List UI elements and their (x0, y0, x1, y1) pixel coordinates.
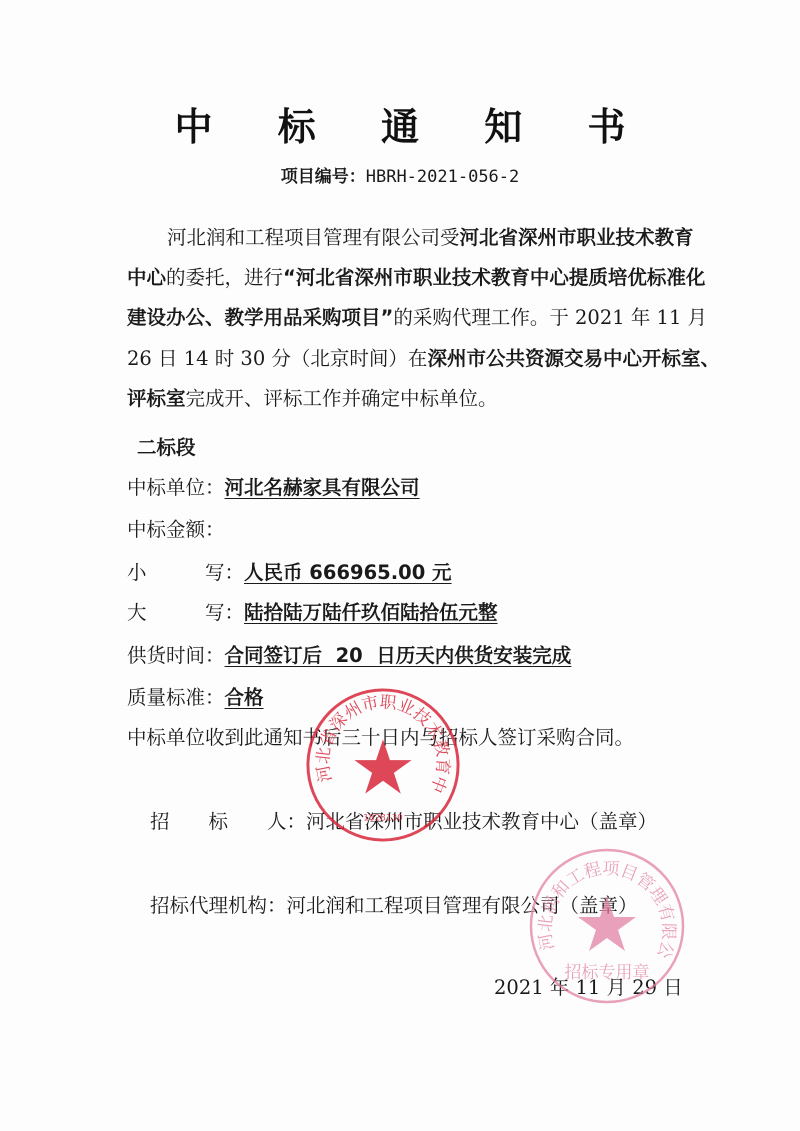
intro-end-text: 完成开、评标工作并确定中标单位。 (186, 387, 498, 410)
amount-small-row: 小写：人民币 666965.00 元 (127, 557, 452, 585)
tenderer-label: 招 标 人： (150, 810, 306, 833)
delivery-value: 合同签订后 20 日历天内供货安装完成 (225, 644, 572, 667)
small-label-b: 写： (205, 561, 244, 584)
delivery-label: 供货时间： (127, 644, 225, 667)
project-number-value: HBRH-2021-056-2 (366, 167, 520, 187)
project-number: 项目编号：HBRH-2021-056-2 (0, 162, 800, 187)
seal-star-icon-2: 河北润和工程项目管理有限公司 招标专用章 (527, 846, 687, 1006)
quality-row: 质量标准：合格 (127, 682, 264, 710)
svg-text:河北润和工程项目管理有限公司: 河北润和工程项目管理有限公司 (527, 846, 678, 961)
agent-seal: 河北润和工程项目管理有限公司 招标专用章 (527, 846, 687, 1006)
intro-line-1: 河北润和工程项目管理有限公司受河北省深州市职业技术教育 (167, 222, 694, 250)
winner-row: 中标单位：河北名赫家具有限公司 (127, 472, 420, 500)
tenderer-seal: 河北省深州市职业技术教育中心 1828130 (304, 686, 462, 844)
winner-label: 中标单位： (127, 476, 225, 499)
client-name-text: 河北省深州市职业技术教育 (460, 226, 694, 249)
venue-cont: 评标室 (127, 387, 186, 410)
amount-label: 中标金额： (127, 518, 225, 541)
section-heading: 二标段 (137, 432, 196, 460)
amount-big-value: 陆拾陆万陆仟玖佰陆拾伍元整 (244, 601, 498, 624)
amount-big-row: 大写：陆拾陆万陆仟玖佰陆拾伍元整 (127, 597, 498, 625)
intro-line-3: 建设办公、教学用品采购项目”的采购代理工作。于 2021 年 11 月 (127, 302, 707, 330)
intro-date-text: 的采购代理工作。于 2021 年 11 月 (393, 306, 707, 329)
project-name-cont: 建设办公、教学用品采购项目” (127, 306, 393, 329)
winner-value: 河北名赫家具有限公司 (225, 476, 420, 499)
document-page: 中 标 通 知 书 项目编号：HBRH-2021-056-2 河北润和工程项目管… (0, 0, 800, 1131)
quality-label: 质量标准： (127, 686, 225, 709)
big-label-b: 写： (205, 601, 244, 624)
amount-row: 中标金额： (127, 514, 225, 542)
svg-text:1828130: 1828130 (363, 813, 403, 823)
agent-label: 招标代理机构： (150, 894, 287, 917)
intro-line-2: 中心的委托，进行“河北省深州市职业技术教育中心提质培优标准化 (127, 262, 705, 290)
amount-small-value: 人民币 666965.00 元 (244, 561, 452, 584)
agent-name-text: 河北润和工程项目管理有限公司受 (167, 226, 460, 249)
project-number-label: 项目编号： (281, 167, 366, 187)
document-title: 中 标 通 知 书 (0, 96, 800, 151)
intro-text: 的委托，进行 (166, 266, 283, 289)
client-name-cont: 中心 (127, 266, 166, 289)
svg-text:招标专用章: 招标专用章 (565, 962, 650, 983)
delivery-row: 供货时间：合同签订后 20 日历天内供货安装完成 (127, 640, 571, 668)
intro-time-text: 26 日 14 时 30 分（北京时间）在 (127, 347, 427, 370)
small-label-a: 小 (127, 557, 205, 585)
venue-text: 深州市公共资源交易中心开标室、 (427, 347, 720, 370)
intro-line-4: 26 日 14 时 30 分（北京时间）在深州市公共资源交易中心开标室、 (127, 343, 720, 371)
quality-value: 合格 (225, 686, 264, 709)
project-name-text: “河北省深州市职业技术教育中心提质培优标准化 (283, 266, 705, 289)
seal-star-icon: 河北省深州市职业技术教育中心 1828130 (304, 686, 462, 844)
big-label-a: 大 (127, 597, 205, 625)
intro-line-5: 评标室完成开、评标工作并确定中标单位。 (127, 383, 498, 411)
